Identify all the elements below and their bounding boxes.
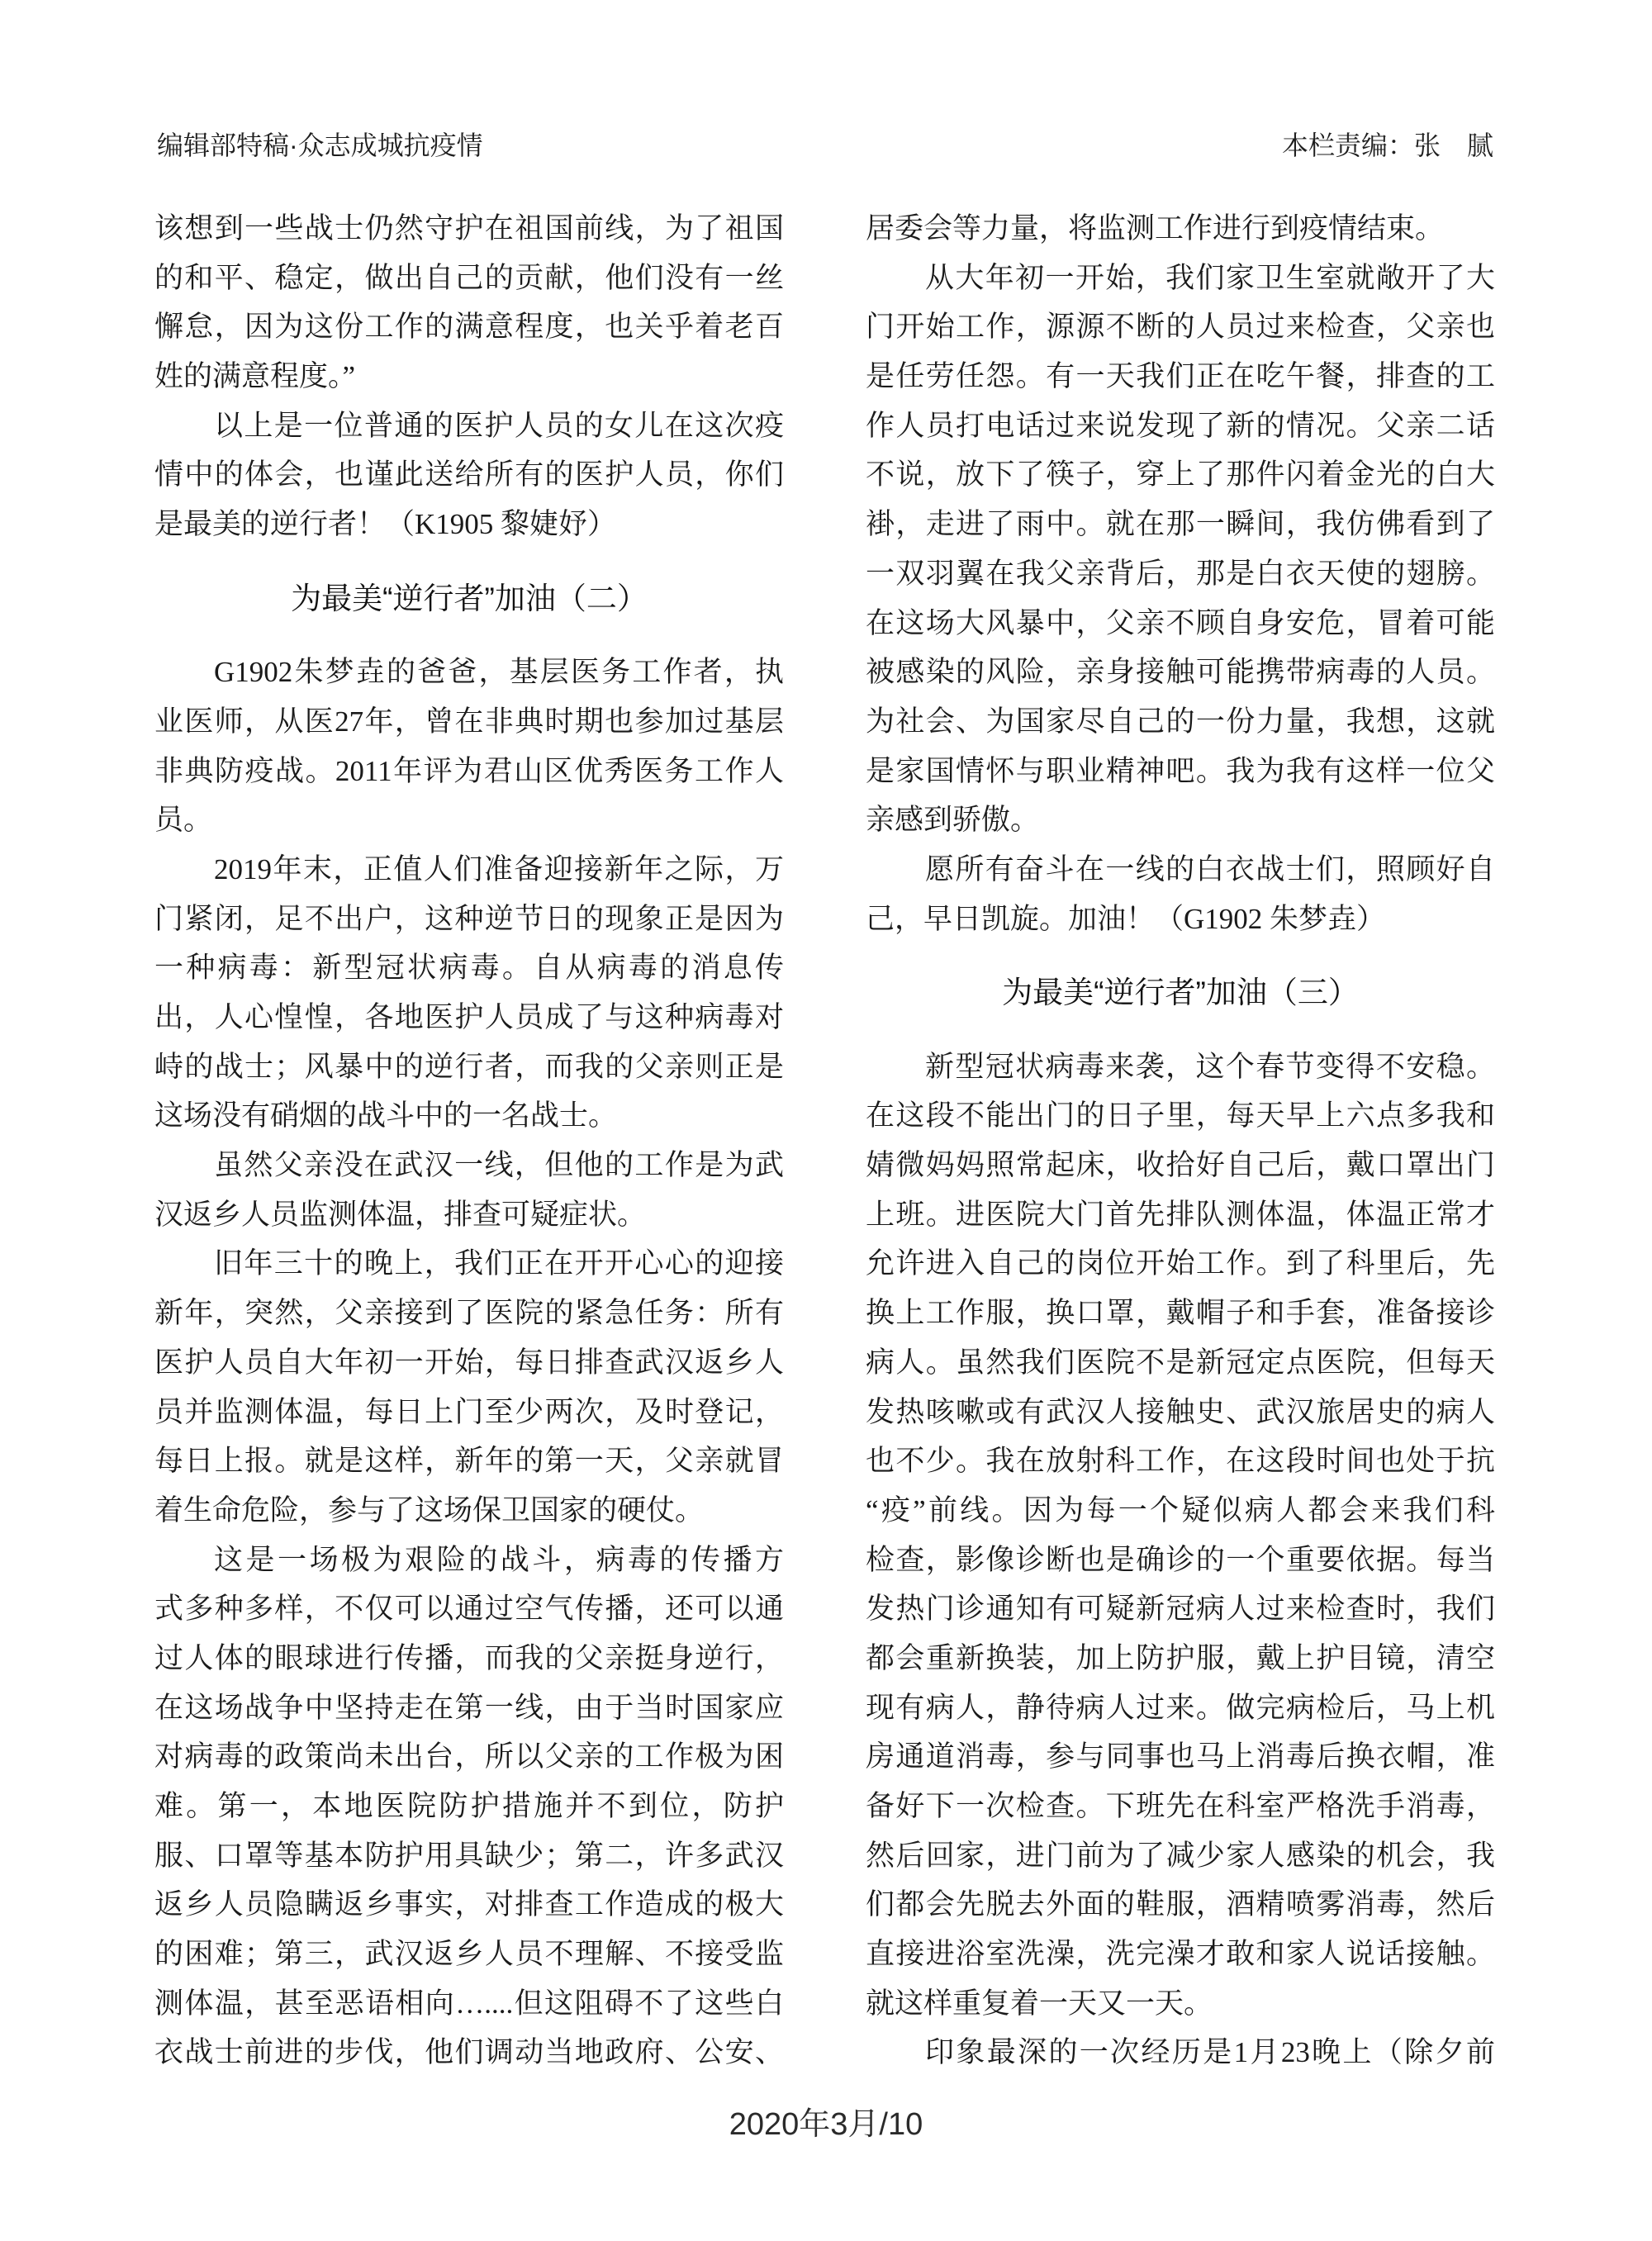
text-line: 测体温，甚至恶语相向…....但这阻碍不了这些白 (154, 1979, 784, 2029)
text-line: 从大年初一开始，我们家卫生室就敞开了大 (866, 254, 1495, 303)
left-column: 该想到一些战士仍然守护在祖国前线，为了祖国 的和平、稳定，做出自己的贡献，他们没… (154, 204, 784, 2077)
text-line: 在这段不能出门的日子里，每天早上六点多我和 (866, 1091, 1495, 1141)
paragraph: 该想到一些战士仍然守护在祖国前线，为了祖国 的和平、稳定，做出自己的贡献，他们没… (154, 204, 784, 401)
text-line: 亲感到骄傲。 (866, 795, 1495, 845)
text-line: 居委会等力量，将监测工作进行到疫情结束。 (866, 204, 1495, 254)
text-line: 这场没有硝烟的战斗中的一名战士。 (154, 1091, 784, 1141)
text-line: 上班。进医院大门首先排队测体温，体温正常才 (866, 1190, 1495, 1240)
text-line: 然后回家，进门前为了减少家人感染的机会，我 (866, 1831, 1495, 1881)
paragraph: 居委会等力量，将监测工作进行到疫情结束。 (866, 204, 1495, 254)
text-line: 对病毒的政策尚未出台，所以父亲的工作极为困 (154, 1732, 784, 1782)
text-line: 懈怠，因为这份工作的满意程度，也关乎着老百 (154, 302, 784, 352)
text-line: 难。第一，本地医院防护措施并不到位，防护 (154, 1782, 784, 1831)
text-line: 员。 (154, 795, 784, 845)
text-line: 以上是一位普通的医护人员的女儿在这次疫 (154, 401, 784, 451)
text-line: 换上工作服，换口罩，戴帽子和手套，准备接诊 (866, 1289, 1495, 1338)
running-head-section-title: 编辑部特稿·众志成城抗疫情 (157, 131, 483, 160)
magazine-page: 编辑部特稿·众志成城抗疫情 本栏责编：张 腻 该想到一些战士仍然守护在祖国前线，… (0, 0, 1652, 2241)
author-signature-line: 是最美的逆行者！（K1905 黎婕妤） (154, 500, 784, 549)
text-line: 也不少。我在放射科工作，在这段时间也处于抗 (866, 1436, 1495, 1486)
text-line: 新型冠状病毒来袭，这个春节变得不安稳。 (866, 1042, 1495, 1092)
text-line: 现有病人，静待病人过来。做完病检后，马上机 (866, 1683, 1495, 1733)
text-line: 发热咳嗽或有武汉人接触史、武汉旅居史的病人 (866, 1388, 1495, 1437)
text-line: 出，人心惶惶，各地医护人员成了与这种病毒对 (154, 993, 784, 1042)
text-line: 在这场战争中坚持走在第一线，由于当时国家应 (154, 1683, 784, 1733)
text-line: 非典防疫战。2011年评为君山区优秀医务工作人 (154, 747, 784, 796)
text-line: 员并监测体温，每日上门至少两次，及时登记， (154, 1388, 784, 1437)
text-line: 式多种多样，不仅可以通过空气传播，还可以通 (154, 1584, 784, 1634)
text-line: 过人体的眼球进行传播，而我的父亲挺身逆行， (154, 1634, 784, 1683)
paragraph: 从大年初一开始，我们家卫生室就敞开了大 门开始工作，源源不断的人员过来检查，父亲… (866, 254, 1495, 845)
text-line: 该想到一些战士仍然守护在祖国前线，为了祖国 (154, 204, 784, 254)
section-heading-3: 为最美“逆行者”加油（三） (866, 943, 1495, 1042)
text-line: 发热门诊通知有可疑新冠病人过来检查时，我们 (866, 1584, 1495, 1634)
text-line: 被感染的风险，亲身接触可能携带病毒的人员。 (866, 648, 1495, 697)
text-line: 峙的战士；风暴中的逆行者，而我的父亲则正是 (154, 1042, 784, 1092)
text-line: 印象最深的一次经历是1月23晚上（除夕前 (866, 2028, 1495, 2077)
paragraph: 愿所有奋斗在一线的白衣战士们，照顾好自 己，早日凯旋。加油！（G1902 朱梦垚… (866, 845, 1495, 943)
paragraph: 以上是一位普通的医护人员的女儿在这次疫 情中的体会，也谨此送给所有的医护人员，你… (154, 401, 784, 549)
paragraph: 印象最深的一次经历是1月23晚上（除夕前 (866, 2028, 1495, 2077)
text-line: 婧微妈妈照常起床，收拾好自己后，戴口罩出门 (866, 1141, 1495, 1190)
paragraph: 这是一场极为艰险的战斗，病毒的传播方 式多种多样，不仅可以通过空气传播，还可以通… (154, 1536, 784, 2078)
text-line: 这是一场极为艰险的战斗，病毒的传播方 (154, 1536, 784, 1585)
paragraph: G1902朱梦垚的爸爸，基层医务工作者，执 业医师，从医27年，曾在非典时期也参… (154, 648, 784, 845)
text-line: 一种病毒：新型冠状病毒。自从病毒的消息传 (154, 943, 784, 993)
text-line: 医护人员自大年初一开始，每日排查武汉返乡人 (154, 1338, 784, 1388)
text-line: 是任劳任怨。有一天我们正在吃午餐，排查的工 (866, 352, 1495, 401)
text-line: 汉返乡人员监测体温，排查可疑症状。 (154, 1190, 784, 1240)
text-line: G1902朱梦垚的爸爸，基层医务工作者，执 (154, 648, 784, 697)
text-line: 作人员打电话过来说发现了新的情况。父亲二话 (866, 401, 1495, 451)
text-line: 虽然父亲没在武汉一线，但他的工作是为武 (154, 1141, 784, 1190)
running-head-column-editor: 本栏责编：张 腻 (1282, 131, 1493, 160)
text-line: 不说，放下了筷子，穿上了那件闪着金光的白大 (866, 450, 1495, 500)
text-line: 直接进浴室洗澡，洗完澡才敢和家人说话接触。 (866, 1930, 1495, 1979)
author-signature-line: 己，早日凯旋。加油！（G1902 朱梦垚） (866, 895, 1495, 944)
text-line: 的困难；第三，武汉返乡人员不理解、不接受监 (154, 1930, 784, 1979)
paragraph: 旧年三十的晚上，我们正在开开心心的迎接 新年，突然，父亲接到了医院的紧急任务：所… (154, 1239, 784, 1535)
paragraph: 新型冠状病毒来袭，这个春节变得不安稳。 在这段不能出门的日子里，每天早上六点多我… (866, 1042, 1495, 2029)
text-line: 们都会先脱去外面的鞋服，酒精喷雾消毒，然后 (866, 1880, 1495, 1930)
text-line: 在这场大风暴中，父亲不顾自身安危，冒着可能 (866, 599, 1495, 648)
text-line: 返乡人员隐瞒返乡事实，对排查工作造成的极大 (154, 1880, 784, 1930)
text-line: 姓的满意程度。” (154, 352, 784, 401)
paragraph: 虽然父亲没在武汉一线，但他的工作是为武 汉返乡人员监测体温，排查可疑症状。 (154, 1141, 784, 1239)
text-line: 为社会、为国家尽自己的一份力量，我想，这就 (866, 697, 1495, 747)
text-line: 褂，走进了雨中。就在那一瞬间，我仿佛看到了 (866, 500, 1495, 549)
text-line: 就这样重复着一天又一天。 (866, 1979, 1495, 2029)
text-line: 每日上报。就是这样，新年的第一天，父亲就冒 (154, 1436, 784, 1486)
text-line: 的和平、稳定，做出自己的贡献，他们没有一丝 (154, 254, 784, 303)
text-line: 都会重新换装，加上防护服，戴上护目镜，清空 (866, 1634, 1495, 1683)
text-line: 一双羽翼在我父亲背后，那是白衣天使的翅膀。 (866, 549, 1495, 599)
text-line: 门开始工作，源源不断的人员过来检查，父亲也 (866, 302, 1495, 352)
text-line: 检查，影像诊断也是确诊的一个重要依据。每当 (866, 1536, 1495, 1585)
text-line: 是家国情怀与职业精神吧。我为我有这样一位父 (866, 747, 1495, 796)
section-heading-2: 为最美“逆行者”加油（二） (154, 549, 784, 648)
text-line: 服、口罩等基本防护用具缺少；第二，许多武汉 (154, 1831, 784, 1881)
text-line: 房通道消毒，参与同事也马上消毒后换衣帽，准 (866, 1732, 1495, 1782)
page-folio: 2020年3月/10 (0, 2106, 1652, 2143)
text-line: 衣战士前进的步伐，他们调动当地政府、公安、 (154, 2028, 784, 2077)
text-line: 备好下一次检查。下班先在科室严格洗手消毒， (866, 1782, 1495, 1831)
text-line: 病人。虽然我们医院不是新冠定点医院，但每天 (866, 1338, 1495, 1388)
text-line: 愿所有奋斗在一线的白衣战士们，照顾好自 (866, 845, 1495, 895)
text-line: 允许进入自己的岗位开始工作。到了科里后，先 (866, 1239, 1495, 1289)
right-column: 居委会等力量，将监测工作进行到疫情结束。 从大年初一开始，我们家卫生室就敞开了大… (866, 204, 1495, 2077)
text-line: 着生命危险，参与了这场保卫国家的硬仗。 (154, 1486, 784, 1536)
text-line: “疫”前线。因为每一个疑似病人都会来我们科 (866, 1486, 1495, 1536)
text-line: 2019年末，正值人们准备迎接新年之际，万 (154, 845, 784, 895)
text-line: 门紧闭，足不出户，这种逆节日的现象正是因为 (154, 895, 784, 944)
text-line: 旧年三十的晚上，我们正在开开心心的迎接 (154, 1239, 784, 1289)
text-line: 情中的体会，也谨此送给所有的医护人员，你们 (154, 450, 784, 500)
paragraph: 2019年末，正值人们准备迎接新年之际，万 门紧闭，足不出户，这种逆节日的现象正… (154, 845, 784, 1141)
text-line: 业医师，从医27年，曾在非典时期也参加过基层 (154, 697, 784, 747)
text-line: 新年，突然，父亲接到了医院的紧急任务：所有 (154, 1289, 784, 1338)
